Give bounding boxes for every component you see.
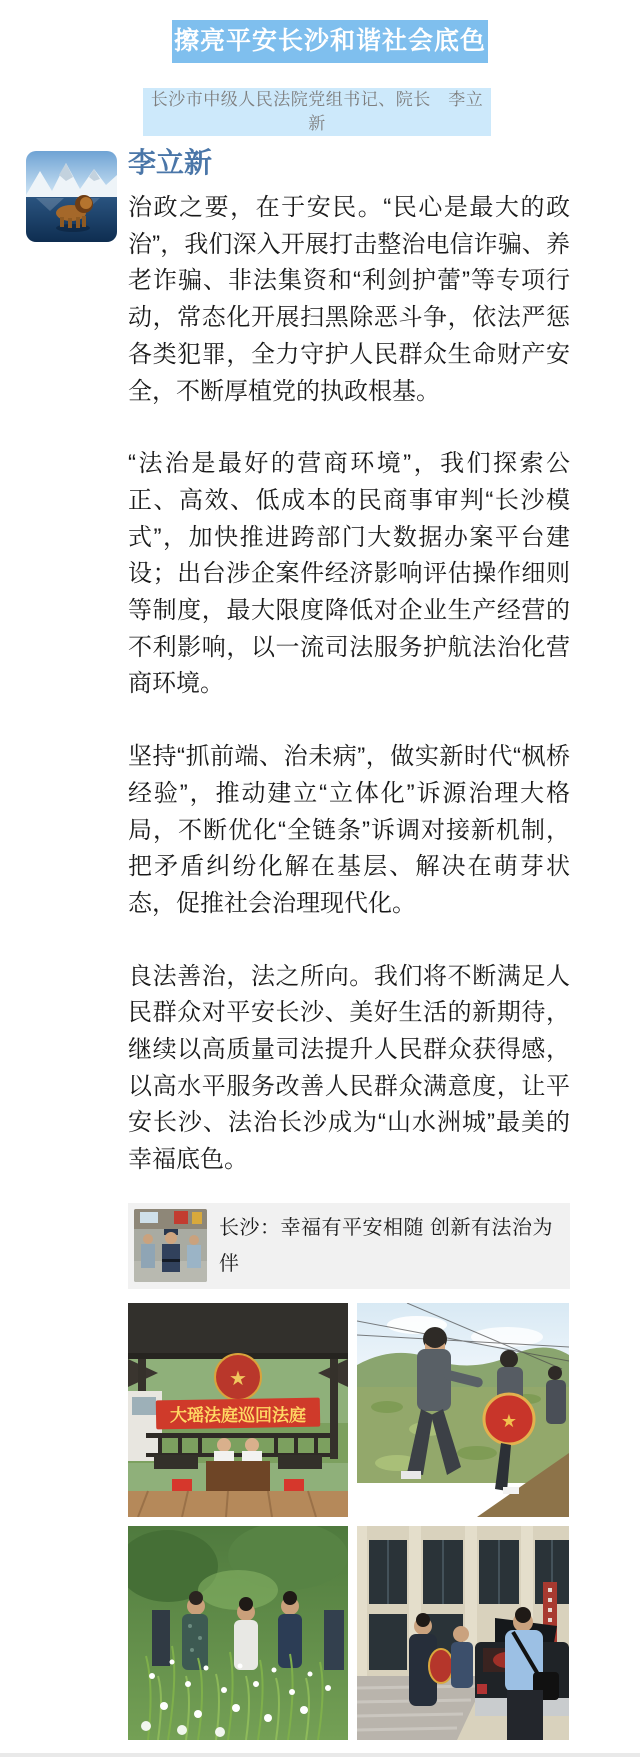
photo-judge-carrying-emblem[interactable]: ★ [357, 1303, 569, 1517]
lion-lake-avatar-image [26, 151, 117, 242]
article-paragraph: 坚持“抓前端、治未病”，做实新时代“枫桥经验”，推动建立“立体化”诉源治理大格局… [128, 739, 570, 923]
field-visit-image [128, 1526, 348, 1740]
related-article-link-card[interactable]: 长沙：幸福有平安相随 创新有法治为伴 [128, 1203, 570, 1289]
svg-text:★: ★ [229, 1368, 247, 1390]
court-banner-text: 大瑶法庭巡回法庭 [170, 1405, 306, 1425]
article-paragraph: 治政之要，在于安民。“民心是最大的政治”，我们深入开展打击整治电信诈骗、养老诈骗… [128, 190, 570, 410]
article-paragraph: “法治是最好的营商环境”，我们探索公正、高效、低成本的民商事审判“长沙模式”，加… [128, 446, 570, 703]
judge-carrying-emblem-image: ★ [357, 1303, 569, 1517]
photo-field-visit-wildflowers[interactable] [128, 1526, 348, 1740]
photo-officers-car-courthouse[interactable] [357, 1526, 569, 1740]
police-street-patrol-image [134, 1209, 207, 1282]
author-avatar[interactable] [26, 151, 117, 242]
svg-text:★: ★ [501, 1411, 517, 1431]
article-paragraph: 良法善治，法之所向。我们将不断满足人民群众对平安长沙、美好生活的新期待，继续以高… [128, 959, 570, 1179]
content-column: 李立新 治政之要，在于安民。“民心是最大的政治”，我们深入开展打击整治电信诈骗、… [128, 146, 570, 1740]
photo-grid: ★ 大瑶法庭巡回法庭 [128, 1303, 570, 1740]
bottom-divider [0, 1753, 640, 1757]
author-name: 李立新 [128, 146, 570, 180]
officers-car-courthouse-image [357, 1526, 569, 1740]
article-page: 擦亮平安长沙和谐社会底色 长沙市中级人民法院党组书记、院长 李立新 [0, 0, 640, 1760]
subtitle-text: 长沙市中级人民法院党组书记、院长 李立新 [143, 88, 491, 136]
link-card-thumbnail [134, 1209, 207, 1282]
page-title: 擦亮平安长沙和谐社会底色 [172, 20, 488, 63]
subtitle: 长沙市中级人民法院党组书记、院长 李立新 [143, 88, 491, 136]
link-card-title: 长沙：幸福有平安相随 创新有法治为伴 [219, 1210, 560, 1282]
photo-circuit-court-pavilion[interactable]: ★ 大瑶法庭巡回法庭 [128, 1303, 348, 1517]
circuit-court-pavilion-image: ★ 大瑶法庭巡回法庭 [128, 1303, 348, 1517]
